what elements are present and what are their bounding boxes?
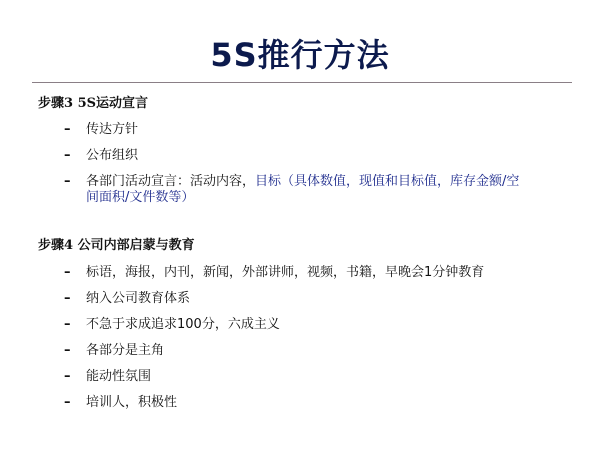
list-item: –传达方针 — [64, 122, 138, 138]
bullet-text: 能动性氛围 — [86, 369, 151, 384]
dash-bullet-icon: – — [64, 148, 86, 164]
list-item: –纳入公司教育体系 — [64, 291, 190, 307]
dash-bullet-icon: – — [64, 265, 86, 281]
bullet-text: 不急于求成追求100分，六成主义 — [86, 317, 280, 332]
dash-bullet-icon: – — [64, 369, 86, 385]
dash-bullet-icon: – — [64, 343, 86, 359]
bullet-text-highlight: 目标（具体数值，现值和目标值，库存金额/空 — [255, 174, 519, 189]
list-item: –培训人，积极性 — [64, 395, 177, 411]
dash-bullet-icon: – — [64, 291, 86, 307]
bullet-text: 传达方针 — [86, 122, 138, 137]
title-divider — [32, 82, 572, 83]
bullet-text-highlight-continuation: 间面积/文件数等） — [64, 190, 519, 206]
list-item: –标语，海报，内刊，新闻，外部讲师，视频，书籍，早晚会1分钟教育 — [64, 265, 484, 281]
list-item: –不急于求成追求100分，六成主义 — [64, 317, 280, 333]
list-item: –公布组织 — [64, 148, 138, 164]
dash-bullet-icon: – — [64, 122, 86, 138]
section-heading-step4: 步骤4 公司内部启蒙与教育 — [38, 238, 195, 254]
bullet-text: 培训人，积极性 — [86, 395, 177, 410]
bullet-text: 纳入公司教育体系 — [86, 291, 190, 306]
section-heading-step3: 步骤3 5S运动宣言 — [38, 96, 148, 112]
list-item: –各部门活动宣言：活动内容，目标（具体数值，现值和目标值，库存金额/空 间面积/… — [64, 174, 519, 206]
list-item: –各部分是主角 — [64, 343, 164, 359]
bullet-text: 标语，海报，内刊，新闻，外部讲师，视频，书籍，早晚会1分钟教育 — [86, 265, 484, 280]
list-item: –能动性氛围 — [64, 369, 151, 385]
bullet-text: 各部分是主角 — [86, 343, 164, 358]
dash-bullet-icon: – — [64, 317, 86, 333]
bullet-text: 公布组织 — [86, 148, 138, 163]
dash-bullet-icon: – — [64, 174, 86, 190]
slide-title: 5S推行方法 — [0, 34, 600, 76]
dash-bullet-icon: – — [64, 395, 86, 411]
bullet-text-plain: 各部门活动宣言：活动内容， — [86, 174, 255, 189]
